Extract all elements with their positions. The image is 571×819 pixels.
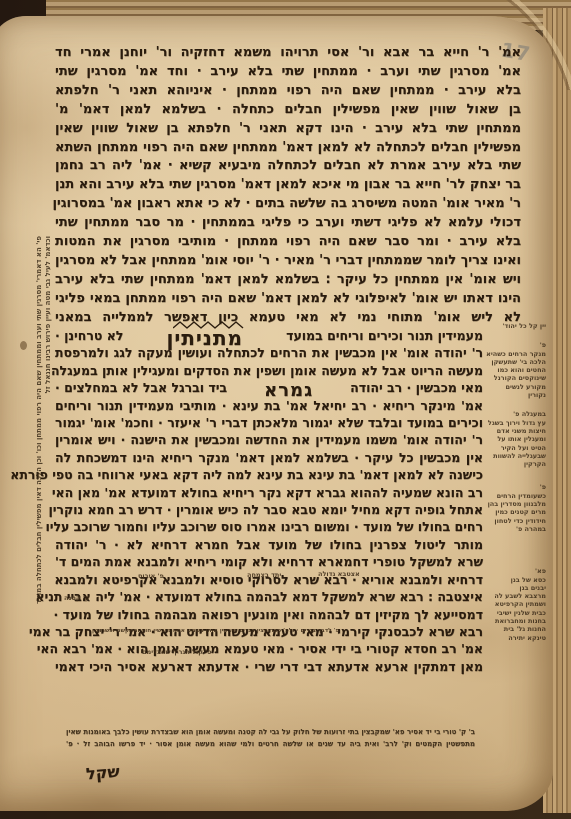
vertical-note-line: פי' הא דאמרי' מסרגין שתי וערב וממתחין שא… (35, 236, 44, 604)
text-line: בן שאול שווין שאין מפשילין חבלים כתחלה ·… (55, 101, 521, 120)
text-line: ר' יהודה אומ' משמו מעמידין את החדשה ומכב… (55, 431, 483, 448)
text-line: מותר ליטול צפרנין בחולו של מועד אבל חמרא… (55, 536, 483, 553)
text-line: אמ' רב חסדא קטורי בי ידי אסיר · מאי טעמא… (55, 640, 483, 657)
text-line: לא ליש אומ' מתוחי נמי לא מאי טעמא כיון ד… (55, 309, 521, 328)
text-line: שרא למשקל טופרי דחמארא דרחיא ולא קומי רי… (55, 553, 483, 570)
interlinear-gloss: פ' קול תגריך שאבדימם (142, 648, 212, 656)
catchword: שקל (85, 762, 120, 784)
gemara-heading-line: מאי מכבשין · רב יהודה גמרא ביד וברגל אבל… (55, 379, 483, 396)
text-line: דמסייעא לך מקיזין דם לבהמה ואין מונעין ר… (55, 606, 483, 623)
mishnah-opening-text: מעמידין תנור וכירים וריחים במועד (286, 327, 483, 344)
text-line: ויש אומ' אין ממתחין כל עיקר : בשלמא למאן… (55, 271, 521, 290)
left-margin-vertical-note: פי' הא דאמרי' מסרגין שתי וערב וממתחין שא… (35, 236, 53, 604)
mishnah-heading-line: מעמידין תנור וכירים וריחים במועד מתניתין… (55, 327, 483, 344)
text-line: ר' יהודה אומ' אין מכבשין את הרחים לכתחלה… (55, 344, 483, 361)
text-line: ממתחין שתי בלא עירב · הינו דקא תאני ר' ח… (55, 120, 521, 139)
margin-note: פ' כשעומדין הרחים מלבנוון מסדרין בהן מרי… (486, 483, 546, 533)
text-line: הינו דאתו יש אומ' לאיפלוגי לא למאן דאמ' … (55, 290, 521, 309)
interlinear-gloss: אצטבא גדולה (318, 570, 360, 578)
text-line: אתחל גופיה דקא מחיל יומא טבא סבר לה כיש … (55, 501, 483, 518)
right-margin-notes: יין קל כל יהוד'פ' מנקר הרחים כשהיא הלכה … (486, 322, 546, 653)
interlinear-gloss: יתד בצמחה (247, 571, 281, 579)
text-line: מאן דמתקין ארעא אדעתא דבי דרי שרי · אדעת… (55, 658, 483, 675)
text-line: ואינו צריך לומר שממתחין דברי ר' מאיר · ר… (55, 252, 521, 271)
text-line: רב הונא שמעיה לההוא גברא דקא נקר ריחיא ב… (55, 484, 483, 501)
text-line: אמ' ר' חייא בר אבא ור' אסי תרויהו משמא ד… (55, 44, 521, 63)
bottom-note-line: ב' ק' טורי בי יד אסיר פא' שמקבצין בתי זר… (66, 726, 475, 738)
text-line: דכולי עלמא לא פליגי דשתי וערב כי פליגי ב… (55, 214, 521, 233)
mishnah-tail-text: ביד וברגל אבל לא במחלצים · (55, 379, 227, 396)
text-line: מעשה הריוט אבל לא מעשה אומן ושפין את הסד… (55, 362, 483, 379)
mishnah-heading: מתניתין (166, 330, 243, 346)
manuscript-photo: 17 אמ' ר' חייא בר אבא ור' אסי תרויהו משמ… (0, 0, 571, 819)
gemara-tail-text: לא טרחינן · (55, 327, 123, 344)
gemara-heading-word: גמרא (264, 380, 313, 401)
mishnah-lines: ר' יהודה אומ' אין מכבשין את הרחים לכתחלה… (55, 344, 483, 379)
text-line: אין מכבשין כל עיקר · בשלמא למאן דאמ' מנק… (55, 449, 483, 466)
main-text-lower-block: מעמידין תנור וכירים וריחים במועד מתניתין… (55, 327, 483, 675)
text-line: מפשילין חבלים לכתחלה לא למאן דאמ' ממתחין… (55, 139, 521, 158)
text-line: כישנה לא למאן דאמ' בת עינא בת עינא למה ל… (55, 466, 483, 483)
vertical-note-line: וכדאמ' לעיל גבי מטה ועיין פירוש רבינו חנ… (44, 236, 53, 604)
text-line: בלא עירב · ומר סבר שאם היה רפוי ממתחן · … (55, 233, 521, 252)
margin-note: יין קל כל יהוד' (486, 322, 546, 330)
gemara-opening-text: מאי מכבשין · רב יהודה (350, 379, 483, 396)
bottom-scribal-note: ב' ק' טורי בי יד אסיר פא' שמקבצין בתי זר… (66, 726, 475, 750)
margin-note: פ' מנקר הרחים כשהיא הלכה בי' שתעשקן החטי… (486, 341, 546, 399)
text-line: ר' מאיר אומ' המטה משיסרג בה שלשה בתים · … (55, 195, 521, 214)
text-line: וכירים במועד ובלבד שלא יגמור מלאכתן דברי… (55, 414, 483, 431)
margin-note: פא' כסא של בנן יבנים בגן מרצבא לשבע לה ו… (486, 567, 546, 642)
interlinear-gloss: פ' איבוס (138, 572, 164, 580)
text-line: בר יצחק לר' חייא בר אבון מי איכא למאן דא… (55, 176, 521, 195)
text-line: איצטבה : רבא שרא למשקל דמא לבהמה בחולא ד… (55, 588, 483, 605)
gemara-heading: גמרא (264, 383, 313, 399)
ink-stain (20, 341, 27, 350)
text-line: אמ' מסרגין שתי וערב · ממתחין שתי בלא עיר… (55, 63, 521, 82)
text-line: בלא עירב · ממתחין שאם היה רפוי ממתחן · א… (55, 82, 521, 101)
text-line: רחים בחולו של מועד · ומשום רבינו אמרו סו… (55, 518, 483, 535)
text-line: שתי בלא עירב אמרת לא חבלים לכתחלה מיבעיא… (55, 157, 521, 176)
bottom-note-line: מתפשטין הקמטים וק' לרב' ואית ביה עד שנים… (66, 738, 475, 750)
zigzag-flourish-icon (173, 320, 245, 330)
margin-note: במעגלה פ' עץ גדול וירוך בשגל חיצות משני … (486, 410, 546, 468)
interlinear-gloss: ק' קטנה (64, 594, 90, 602)
main-text-upper-block: אמ' ר' חייא בר אבא ור' אסי תרויהו משמא ד… (55, 44, 521, 328)
interlinear-gloss: פ' לדבך בגדים · ולפ' כשרוחצין בגדים מיבש… (92, 628, 339, 634)
